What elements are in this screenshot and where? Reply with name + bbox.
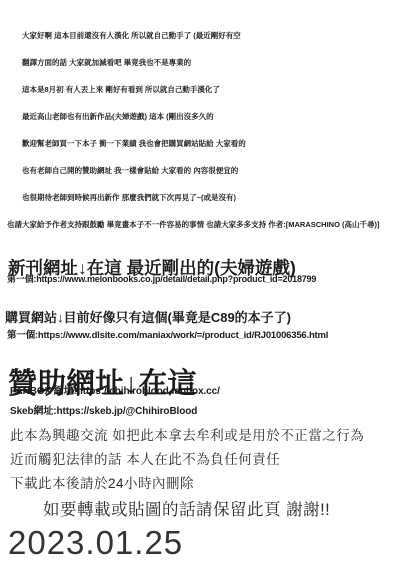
intro-line: 大家好啊 這本目前還沒有人漢化 所以就自己動手了 (最近剛好有空 xyxy=(22,22,396,49)
purchase-url: 第一個:https://www.dlsite.com/maniax/work/=… xyxy=(7,327,328,341)
intro-line-author-credit: 也請大家給予作者支持跟鼓勵 畢竟畫本子不一件容易的事情 也請大家多多支持 作者:… xyxy=(7,211,396,238)
purchase-heading: 購買網站↓目前好像只有這個(畢竟是C89的本子了) xyxy=(5,307,291,326)
intro-line: 這本是8月初 有人丟上來 剛好有看到 所以就自己動手漢化了 xyxy=(22,76,396,103)
intro-line: 歡迎幫老師買一下本子 衝一下業績 我也會把購買網站貼給 大家看的 xyxy=(22,130,396,157)
disclaimer-line: 下載此本後請於24小時內刪除 xyxy=(10,472,364,496)
skeb-url: Skeb網址:https://skeb.jp/@ChihiroBlood xyxy=(10,402,197,417)
document-page: 大家好啊 這本目前還沒有人漢化 所以就自己動手了 (最近剛好有空 翻譯方面的話 … xyxy=(0,0,400,567)
translator-notes: 大家好啊 這本目前還沒有人漢化 所以就自己動手了 (最近剛好有空 翻譯方面的話 … xyxy=(22,22,396,238)
release-date: 2023.01.25 xyxy=(8,524,183,562)
disclaimer-line: 近而觸犯法律的話 本人在此不為負任何責任 xyxy=(10,448,364,472)
fanbox-url: FANBOX 網址:https://chihiroblood.fanbox.cc… xyxy=(10,382,220,397)
disclaimer-block: 此本為興趣交流 如把此本拿去牟利或是用於不正當之行為 近而觸犯法律的話 本人在此… xyxy=(10,424,364,496)
disclaimer-line: 此本為興趣交流 如把此本拿去牟利或是用於不正當之行為 xyxy=(10,424,364,448)
intro-line: 翻譯方面的話 大家就加減看吧 畢竟我也不是專業的 xyxy=(22,49,396,76)
intro-line: 也有老師自己開的贊助網址 我一樣會貼給 大家看的 內容很便宜的 xyxy=(22,157,396,184)
intro-line: 也很期待老師到時候再出新作 那麼我們就下次再見了~(或是沒有) xyxy=(22,184,396,211)
intro-line: 最近高山老師也有出新作品(夫婦遊戲) 這本 (剛出沒多久的 xyxy=(22,103,396,130)
new-release-url: 第一個:https://www.melonbooks.co.jp/detail/… xyxy=(7,272,316,285)
repost-note: 如要轉載或貼圖的話請保留此頁 謝謝!! xyxy=(43,496,330,520)
